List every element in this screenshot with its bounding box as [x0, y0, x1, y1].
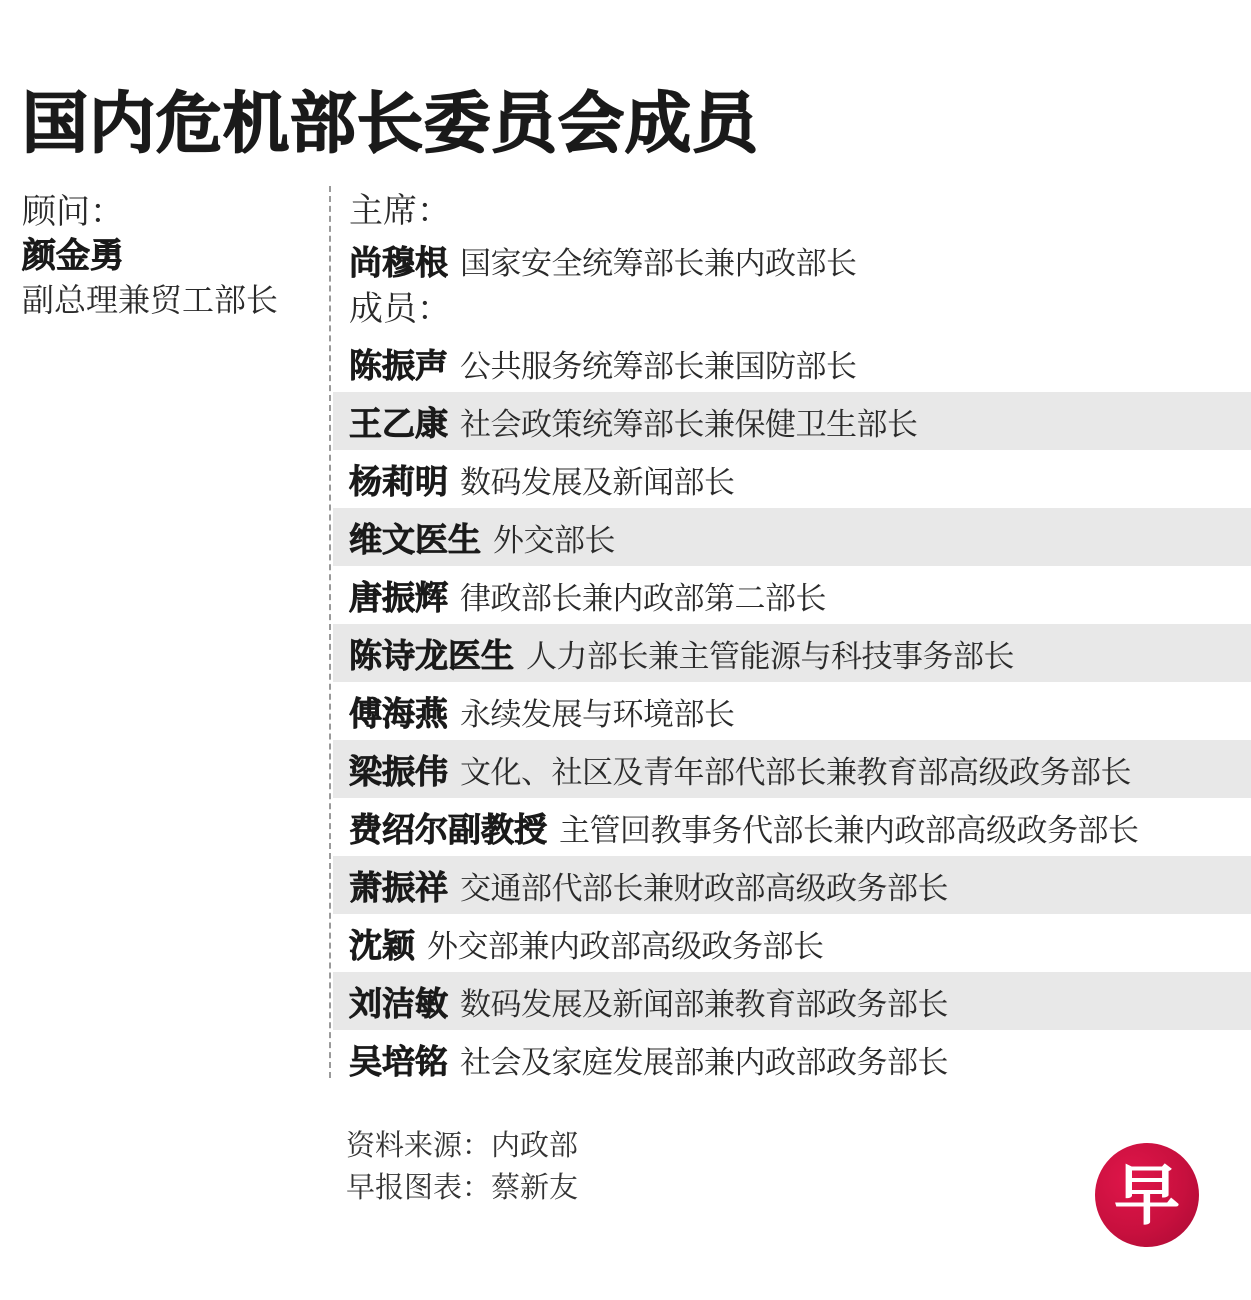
- member-row: 唐振辉 律政部长兼内政部第二部长: [333, 566, 1251, 624]
- member-role: 交通部代部长兼财政部高级政务部长: [460, 863, 948, 908]
- member-role: 律政部长兼内政部第二部长: [460, 573, 826, 618]
- member-name: 杨莉明: [349, 456, 448, 503]
- committee-section: 主席： 尚穆根 国家安全统筹部长兼内政部长 成员： 陈振声 公共服务统筹部长兼国…: [333, 190, 1251, 1088]
- member-row: 刘洁敏 数码发展及新闻部兼教育部政务部长: [333, 972, 1251, 1030]
- zaobao-logo-icon: 早: [1095, 1143, 1199, 1247]
- member-name: 费绍尔副教授: [349, 804, 547, 851]
- advisor-role: 副总理兼贸工部长: [22, 278, 322, 322]
- member-role: 永续发展与环境部长: [460, 689, 735, 734]
- page-title: 国内危机部长委员会成员: [22, 86, 759, 162]
- chair-name: 尚穆根: [349, 237, 448, 284]
- member-row: 陈振声 公共服务统筹部长兼国防部长: [333, 334, 1251, 392]
- member-role: 数码发展及新闻部长: [460, 457, 735, 502]
- member-row: 吴培铭 社会及家庭发展部兼内政部政务部长: [333, 1030, 1251, 1088]
- member-role: 社会政策统筹部长兼保健卫生部长: [460, 399, 918, 444]
- member-role: 数码发展及新闻部兼教育部政务部长: [460, 979, 948, 1024]
- advisor-label: 顾问：: [22, 190, 322, 234]
- member-row: 梁振伟 文化、社区及青年部代部长兼教育部高级政务部长: [333, 740, 1251, 798]
- member-row: 沈颖 外交部兼内政部高级政务部长: [333, 914, 1251, 972]
- chair-row: 尚穆根 国家安全统筹部长兼内政部长: [333, 232, 1251, 288]
- member-role: 文化、社区及青年部代部长兼教育部高级政务部长: [460, 747, 1131, 792]
- member-name: 陈振声: [349, 340, 448, 387]
- member-role: 外交部长: [493, 515, 615, 560]
- member-role: 外交部兼内政部高级政务部长: [427, 921, 824, 966]
- member-name: 王乙康: [349, 398, 448, 445]
- graphic-credit: 早报图表：蔡新友: [346, 1166, 578, 1208]
- member-name: 陈诗龙医生: [349, 630, 514, 677]
- member-row: 王乙康 社会政策统筹部长兼保健卫生部长: [333, 392, 1251, 450]
- member-row: 傅海燕 永续发展与环境部长: [333, 682, 1251, 740]
- member-role: 主管回教事务代部长兼内政部高级政务部长: [559, 805, 1139, 850]
- member-name: 维文医生: [349, 514, 481, 561]
- member-name: 梁振伟: [349, 746, 448, 793]
- member-row: 杨莉明 数码发展及新闻部长: [333, 450, 1251, 508]
- footer-credits: 资料来源：内政部 早报图表：蔡新友: [346, 1124, 578, 1208]
- member-name: 唐振辉: [349, 572, 448, 619]
- logo-glyph: 早: [1114, 1162, 1180, 1228]
- member-row: 萧振祥 交通部代部长兼财政部高级政务部长: [333, 856, 1251, 914]
- advisor-name: 颜金勇: [22, 234, 322, 278]
- member-name: 萧振祥: [349, 862, 448, 909]
- advisor-section: 顾问： 颜金勇 副总理兼贸工部长: [22, 190, 322, 322]
- chair-label: 主席：: [333, 190, 1251, 232]
- member-name: 沈颖: [349, 920, 415, 967]
- source-note: 资料来源：内政部: [346, 1124, 578, 1166]
- member-name: 刘洁敏: [349, 978, 448, 1025]
- member-row: 陈诗龙医生 人力部长兼主管能源与科技事务部长: [333, 624, 1251, 682]
- member-role: 社会及家庭发展部兼内政部政务部长: [460, 1037, 948, 1082]
- member-row: 费绍尔副教授 主管回教事务代部长兼内政部高级政务部长: [333, 798, 1251, 856]
- member-name: 吴培铭: [349, 1036, 448, 1083]
- chair-role: 国家安全统筹部长兼内政部长: [460, 238, 857, 283]
- members-label: 成员：: [333, 288, 1251, 330]
- dashed-divider: [329, 186, 331, 1078]
- member-name: 傅海燕: [349, 688, 448, 735]
- member-role: 人力部长兼主管能源与科技事务部长: [526, 631, 1014, 676]
- member-role: 公共服务统筹部长兼国防部长: [460, 341, 857, 386]
- member-row: 维文医生 外交部长: [333, 508, 1251, 566]
